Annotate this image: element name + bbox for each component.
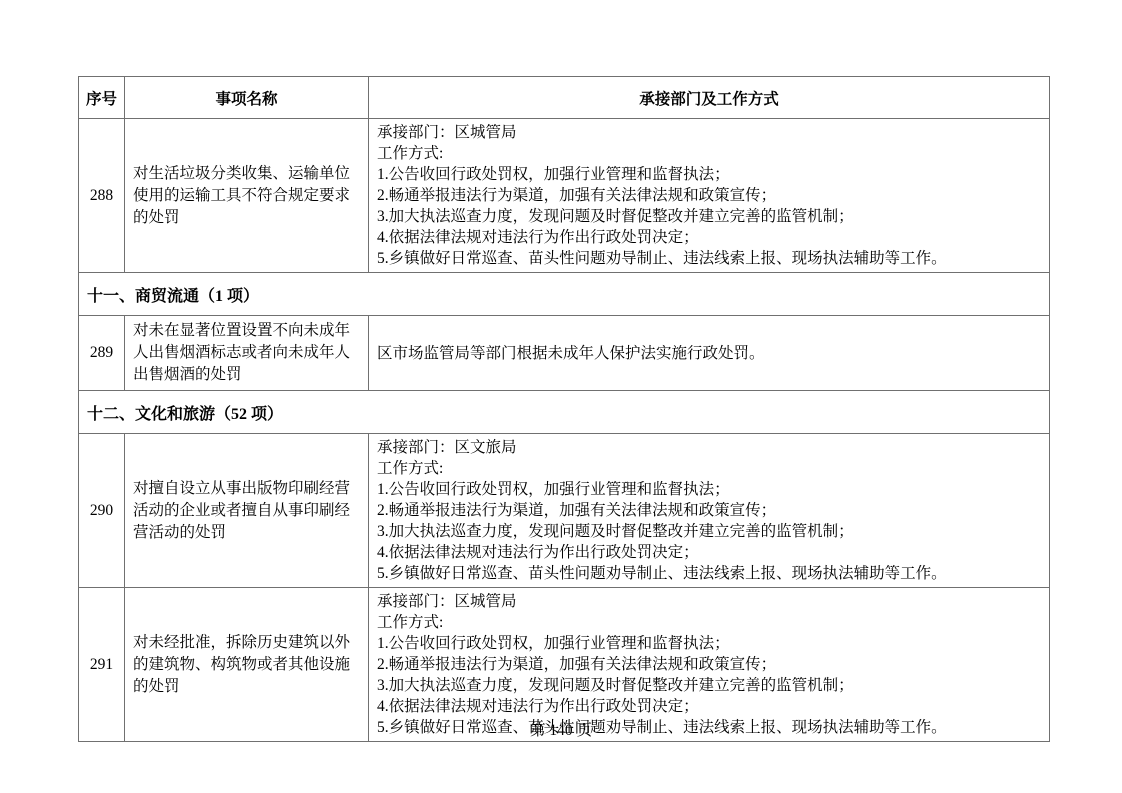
item-name-cell: 对生活垃圾分类收集、运输单位使用的运输工具不符合规定要求的处罚 (125, 119, 369, 273)
item-name-cell: 对未在显著位置设置不向未成年人出售烟酒标志或者向未成年人出售烟酒的处罚 (125, 316, 369, 391)
column-header-no: 序号 (79, 77, 125, 119)
table-row-290: 290 对擅自设立从事出版物印刷经营活动的企业或者擅自从事印刷经营活动的处罚 承… (79, 434, 1050, 588)
method-cell: 承接部门：区文旅局 工作方式: 1.公告收回行政处罚权，加强行业管理和监督执法；… (369, 434, 1050, 588)
column-header-method: 承接部门及工作方式 (369, 77, 1050, 119)
section-row-12: 十二、文化和旅游（52 项） (79, 391, 1050, 434)
item-name-cell: 对擅自设立从事出版物印刷经营活动的企业或者擅自从事印刷经营活动的处罚 (125, 434, 369, 588)
method-cell: 区市场监管局等部门根据未成年人保护法实施行政处罚。 (369, 316, 1050, 391)
table-row-288: 288 对生活垃圾分类收集、运输单位使用的运输工具不符合规定要求的处罚 承接部门… (79, 119, 1050, 273)
matters-table: 序号 事项名称 承接部门及工作方式 288 对生活垃圾分类收集、运输单位使用的运… (78, 76, 1050, 742)
document-page: 序号 事项名称 承接部门及工作方式 288 对生活垃圾分类收集、运输单位使用的运… (0, 0, 1122, 793)
section-title: 十二、文化和旅游（52 项） (79, 391, 1050, 434)
page-number: 第 140 页 (0, 718, 1122, 740)
row-number-cell: 290 (79, 434, 125, 588)
table-header-row: 序号 事项名称 承接部门及工作方式 (79, 77, 1050, 119)
column-header-item-name: 事项名称 (125, 77, 369, 119)
table-body: 288 对生活垃圾分类收集、运输单位使用的运输工具不符合规定要求的处罚 承接部门… (79, 119, 1050, 742)
section-title: 十一、商贸流通（1 项） (79, 273, 1050, 316)
row-number-cell: 289 (79, 316, 125, 391)
row-number-cell: 288 (79, 119, 125, 273)
method-cell: 承接部门：区城管局 工作方式: 1.公告收回行政处罚权，加强行业管理和监督执法；… (369, 119, 1050, 273)
section-row-11: 十一、商贸流通（1 项） (79, 273, 1050, 316)
table-row-289: 289 对未在显著位置设置不向未成年人出售烟酒标志或者向未成年人出售烟酒的处罚 … (79, 316, 1050, 391)
